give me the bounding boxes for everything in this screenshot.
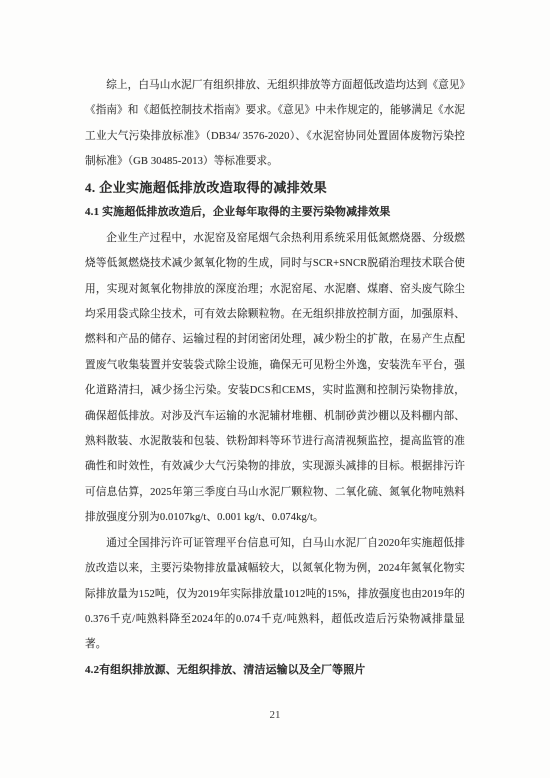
- section-heading-4: 4. 企业实施超低排放改造取得的减排效果: [85, 175, 465, 201]
- subsection-heading-4-2: 4.2有组织排放源、无组织排放、清洁运输以及全厂等照片: [85, 658, 465, 683]
- subsection-heading-4-1: 4.1 实施超低排放改造后，企业每年取得的主要污染物减排效果: [85, 200, 465, 225]
- emission-reduction-effects-paragraph: 企业生产过程中，水泥窑及窑尾烟气余热利用系统采用低氮燃烧器、分级燃烧等低氮燃烧技…: [85, 226, 465, 531]
- document-page: 综上，白马山水泥厂有组织排放、无组织排放等方面超低改造均达到《意见》《指南》和《…: [0, 0, 550, 778]
- intro-paragraph: 综上，白马山水泥厂有组织排放、无组织排放等方面超低改造均达到《意见》《指南》和《…: [85, 73, 465, 175]
- page-number: 21: [0, 708, 550, 722]
- year-comparison-paragraph: 通过全国排污许可证管理平台信息可知，白马山水泥厂自2020年实施超低排放改造以来…: [85, 531, 465, 658]
